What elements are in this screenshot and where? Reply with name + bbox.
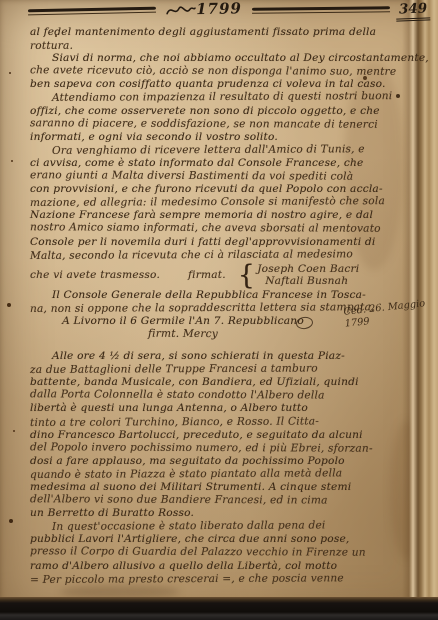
manuscript-line: dino Francesco Bartolucci, preceduto, e …	[30, 429, 396, 442]
manuscript-line: battente, banda Musicale, con Bandiera, …	[30, 376, 396, 389]
manuscript-line: rottura.	[30, 38, 396, 53]
manuscript-line: con provvisioni, e che furono ricevuti d…	[30, 183, 396, 196]
manuscript-line: offizi, che come osserverete non sono di…	[30, 105, 396, 118]
manuscript-line: saranno di piacere, e soddisfazione, se …	[30, 117, 396, 132]
manuscript-line: Il Console Generale della Repubblica Fra…	[30, 289, 396, 302]
manuscript-line: A Livorno il 6 Germile l'An 7. Repubblic…	[30, 315, 396, 328]
manuscript-line: dosi a fare applauso, ma seguitato da po…	[30, 455, 396, 468]
manuscript-line: Alle ore 4 ½ di sera, si sono schierati …	[30, 350, 396, 363]
manuscript-line: In quest'occasione è stato liberato dall…	[30, 519, 396, 534]
manuscript-line: un Berretto di Buratto Rosso.	[30, 507, 396, 520]
manuscript-line: firmt. Mercy	[30, 327, 396, 342]
manuscript-body: al fedel mantenimento degli aggiustament…	[30, 26, 396, 586]
manuscript-line: Nazione Francese farà sempre memoria di …	[30, 209, 396, 222]
manuscript-line: medesima al suono dei Militari Strumenti…	[30, 481, 396, 494]
manuscript-line: Ora venghiamo di ricevere lettera dall'A…	[30, 143, 396, 158]
manuscript-line: che avete ricevuto ciò, acciò se non dis…	[30, 64, 396, 79]
ink-specks	[9, 72, 11, 74]
manuscript-line: ci avvisa, come è stato informato dal Co…	[30, 157, 396, 170]
signatory-name: Naftali Busnah	[257, 275, 359, 288]
manuscript-line: erano giunti a Malta diversi Bastimenti …	[30, 169, 396, 184]
manuscript-line: Siavi di norma, che noi abbiamo occultat…	[30, 52, 396, 65]
page-title-year: 1799	[196, 0, 242, 18]
signature-block: che vi avete trasmesso. firmat. { Joseph…	[30, 262, 396, 289]
manuscript-line: = Per piccolo ma presto crescerai =, e c…	[30, 572, 396, 587]
manuscript-line: presso il Corpo di Guardia del Palazzo v…	[30, 546, 396, 561]
signatory-names: Joseph Coen Bacri Naftali Busnah	[257, 263, 359, 288]
manuscript-line: del Popolo invero pochissimo numero, ed …	[30, 441, 396, 456]
body-section-2: Il Console Generale della Repubblica Fra…	[30, 289, 396, 586]
manuscript-line: Malta, secondo la ricevuta che ci à rila…	[30, 248, 396, 263]
binding-shadow-band	[0, 597, 438, 620]
signature-brace: {	[238, 262, 255, 289]
manuscript-line: za due Battaglioni delle Truppe Francesi…	[30, 362, 396, 377]
manuscript-scan: 1799 349 al fedel mantenimento degli agg…	[0, 0, 438, 620]
manuscript-line: na, non si oppone che la sopraddescritta…	[30, 301, 396, 316]
page-title: 1799	[152, 0, 256, 19]
manuscript-line: nostro Amico siamo informati, che aveva …	[30, 222, 396, 237]
title-flourish-icon	[166, 3, 196, 18]
manuscript-line: tinto a tre colori Turchino, Bianco, e R…	[30, 415, 396, 430]
manuscript-line: al fedel mantenimento degli aggiustament…	[30, 26, 396, 39]
signature-prefix-text: che vi avete trasmesso.	[30, 269, 160, 282]
signature-firmat-label: firmat.	[188, 269, 226, 282]
manuscript-line: libertà è questi una lunga Antenna, o Al…	[30, 402, 396, 415]
body-section-1: al fedel mantenimento degli aggiustament…	[30, 26, 396, 262]
signatory-name: Joseph Coen Bacri	[257, 263, 359, 276]
manuscript-line: quando è stato in Piazza è stato piantat…	[30, 467, 396, 482]
manuscript-line: Attendiamo con impazienza il resultato d…	[30, 91, 396, 106]
manuscript-line: ramo d'Albero allusivo a quello della Li…	[30, 560, 396, 573]
manuscript-line: mazione, ed allegria: il medesimo Consol…	[30, 195, 396, 210]
page-number: 349	[395, 0, 430, 21]
manuscript-line: dell'Albero vi sono due Bandiere Frances…	[30, 493, 396, 508]
manuscript-line: informati, e ogni via secondo il vostro …	[30, 131, 396, 144]
manuscript-line: Console per li novemila duri i fatti deg…	[30, 236, 396, 249]
manuscript-line: dalla Porta Colonnella è stato condotto …	[30, 389, 396, 404]
